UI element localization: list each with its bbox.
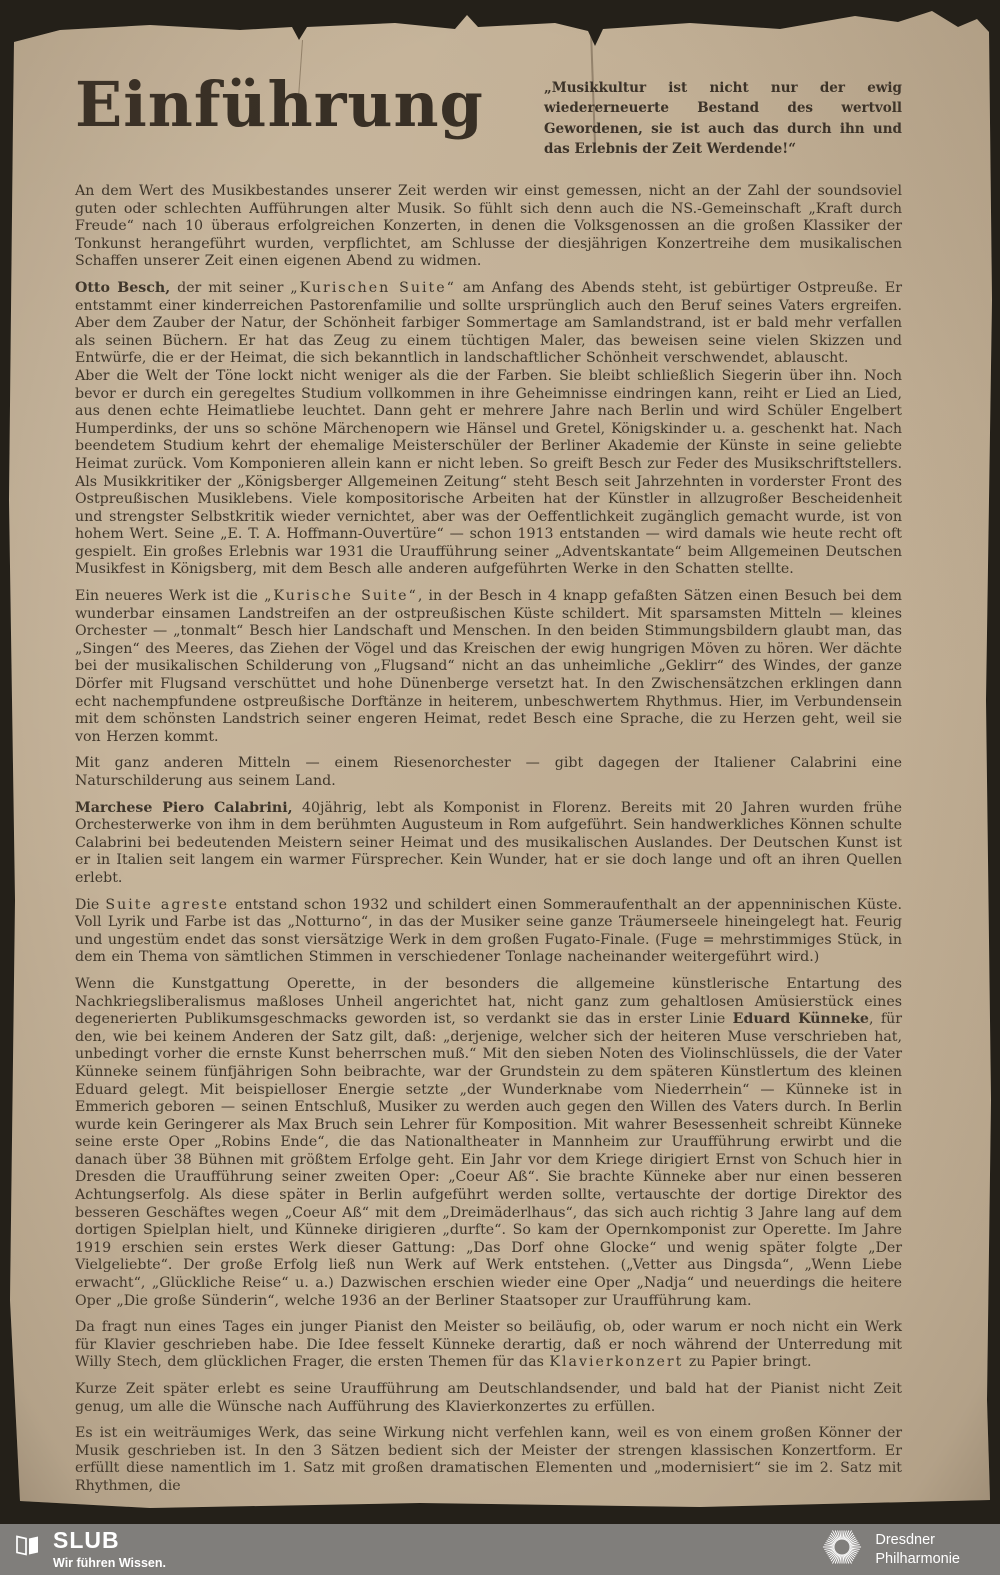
page-title: Einführung [75, 72, 484, 137]
paragraph: Marchese Piero Calabrini, 40jährig, lebt… [75, 800, 902, 888]
dresdner-philharmonie-brand[interactable]: Dresdner Philharmonie [819, 1524, 1000, 1575]
slub-tagline: Wir führen Wissen. [53, 1556, 166, 1570]
paragraph: Wenn die Kunstgattung Operette, in der b… [75, 976, 902, 1310]
paragraph: Es ist ein weiträumiges Werk, das seine … [75, 1425, 902, 1495]
partner-name-line1: Dresdner [875, 1531, 960, 1550]
document-content: Einführung „Musikkultur ist nicht nur de… [75, 72, 902, 1496]
motto-quote: „Musikkultur ist nicht nur der ewig wied… [544, 78, 902, 159]
paragraph: Mit ganz anderen Mitteln — einem Rieseno… [75, 755, 902, 790]
partner-name-line2: Philharmonie [875, 1550, 960, 1569]
viewer-footer: SLUB Wir führen Wissen. Dresdner Philhar… [0, 1524, 1000, 1575]
slub-brand[interactable]: SLUB Wir führen Wissen. [0, 1529, 166, 1570]
paragraph: Da fragt nun eines Tages ein junger Pian… [75, 1319, 902, 1372]
open-book-icon [14, 1532, 41, 1564]
paragraph: Kurze Zeit später erlebt es seine Urauff… [75, 1381, 902, 1416]
partner-text-block: Dresdner Philharmonie [875, 1531, 960, 1569]
slub-logo-text: SLUB [53, 1529, 166, 1552]
starburst-icon [819, 1524, 865, 1575]
document-body: An dem Wert des Musikbestandes unserer Z… [75, 183, 902, 1496]
paragraph: Aber die Welt der Töne lockt nicht wenig… [75, 368, 902, 579]
paragraph: An dem Wert des Musikbestandes unserer Z… [75, 183, 902, 271]
paragraph: Ein neueres Werk ist die „Kurische Suite… [75, 588, 902, 746]
paragraph: Otto Besch, der mit seiner „Kurischen Su… [75, 280, 902, 368]
document-header: Einführung „Musikkultur ist nicht nur de… [75, 72, 902, 159]
slub-text-block: SLUB Wir führen Wissen. [53, 1529, 166, 1570]
paragraph: Die Suite agreste entstand schon 1932 un… [75, 897, 902, 967]
scan-viewport: Einführung „Musikkultur ist nicht nur de… [0, 0, 1000, 1575]
document-page: Einführung „Musikkultur ist nicht nur de… [0, 0, 1000, 1520]
